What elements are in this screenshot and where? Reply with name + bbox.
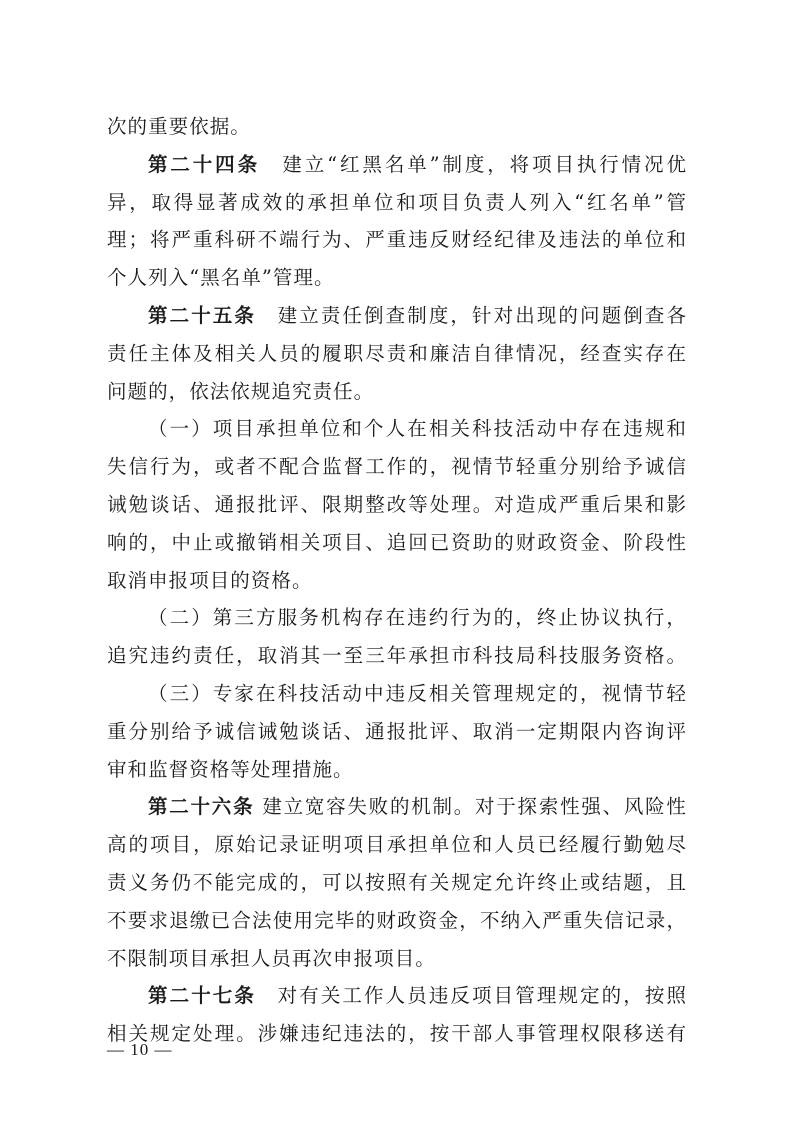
article-26: 第二十六条 建立宽容失败的机制。对于探索性强、风险性 高的项目，原始记录证明项目… bbox=[107, 788, 687, 977]
text-line: 失信行为，或者不配合监督工作的，视情节轻重分别给予诚信 bbox=[107, 448, 687, 486]
document-page: 次的重要依据。 第二十四条 建立“红黑名单”制度，将项目执行情况优 异，取得显著… bbox=[107, 108, 687, 1053]
article-25-item-1: （一）项目承担单位和个人在相关科技活动中存在违规和 失信行为，或者不配合监督工作… bbox=[107, 410, 687, 599]
text-line: 取消申报项目的资格。 bbox=[107, 562, 687, 600]
text-line: 个人列入“黑名单”管理。 bbox=[107, 259, 687, 297]
text-line: 不要求退缴已合法使用完毕的财政资金，不纳入严重失信记录， bbox=[107, 902, 687, 940]
article-25-item-2: （二）第三方服务机构存在违约行为的，终止协议执行， 追究违约责任，取消其一至三年… bbox=[107, 599, 687, 675]
text-line: 重分别给予诚信诫勉谈话、通报批评、取消一定期限内咨询评 bbox=[107, 713, 687, 751]
text-line: 建立宽容失败的机制。对于探索性强、风险性 bbox=[262, 795, 687, 818]
text-line: 建立责任倒查制度，针对出现的问题倒查各 bbox=[278, 304, 687, 327]
article-number: 第二十五条 bbox=[148, 304, 256, 327]
text-line: 责任主体及相关人员的履职尽责和廉洁自律情况，经查实存在 bbox=[107, 335, 687, 373]
text-line: 相关规定处理。涉嫌违纪违法的，按干部人事管理权限移送有 bbox=[107, 1015, 687, 1053]
text-line: 问题的，依法依规追究责任。 bbox=[107, 373, 687, 411]
article-25: 第二十五条 建立责任倒查制度，针对出现的问题倒查各 责任主体及相关人员的履职尽责… bbox=[107, 297, 687, 410]
paragraph-continuation: 次的重要依据。 bbox=[107, 108, 687, 146]
text-line: （一）项目承担单位和个人在相关科技活动中存在违规和 bbox=[107, 410, 687, 448]
text-line: 不限制项目承担人员再次申报项目。 bbox=[107, 940, 687, 978]
text-line: 对有关工作人员违反项目管理规定的，按照 bbox=[278, 984, 687, 1007]
article-number: 第二十四条 bbox=[148, 153, 260, 176]
text-line: 追究违约责任，取消其一至三年承担市科技局科技服务资格。 bbox=[107, 637, 687, 675]
article-27: 第二十七条 对有关工作人员违反项目管理规定的，按照 相关规定处理。涉嫌违纪违法的… bbox=[107, 977, 687, 1053]
text-line: 次的重要依据。 bbox=[107, 115, 251, 138]
text-line: 审和监督资格等处理措施。 bbox=[107, 751, 687, 789]
text-line: 异，取得显著成效的承担单位和项目负责人列入“红名单”管 bbox=[107, 184, 687, 222]
text-line: （三）专家在科技活动中违反相关管理规定的，视情节轻 bbox=[107, 675, 687, 713]
text-line: 建立“红黑名单”制度，将项目执行情况优 bbox=[282, 153, 687, 176]
article-number: 第二十七条 bbox=[148, 984, 256, 1007]
text-line: 理；将严重科研不端行为、严重违反财经纪律及违法的单位和 bbox=[107, 221, 687, 259]
article-24: 第二十四条 建立“红黑名单”制度，将项目执行情况优 异，取得显著成效的承担单位和… bbox=[107, 146, 687, 297]
text-line: （二）第三方服务机构存在违约行为的，终止协议执行， bbox=[107, 599, 687, 637]
text-line: 责义务仍不能完成的，可以按照有关规定允许终止或结题，且 bbox=[107, 864, 687, 902]
article-number: 第二十六条 bbox=[148, 795, 254, 818]
text-line: 响的，中止或撤销相关项目、追回已资助的财政资金、阶段性 bbox=[107, 524, 687, 562]
text-line: 诫勉谈话、通报批评、限期整改等处理。对造成严重后果和影 bbox=[107, 486, 687, 524]
article-25-item-3: （三）专家在科技活动中违反相关管理规定的，视情节轻 重分别给予诚信诫勉谈话、通报… bbox=[107, 675, 687, 788]
text-line: 高的项目，原始记录证明项目承担单位和人员已经履行勤勉尽 bbox=[107, 826, 687, 864]
page-number: — 10 — bbox=[107, 1040, 173, 1060]
